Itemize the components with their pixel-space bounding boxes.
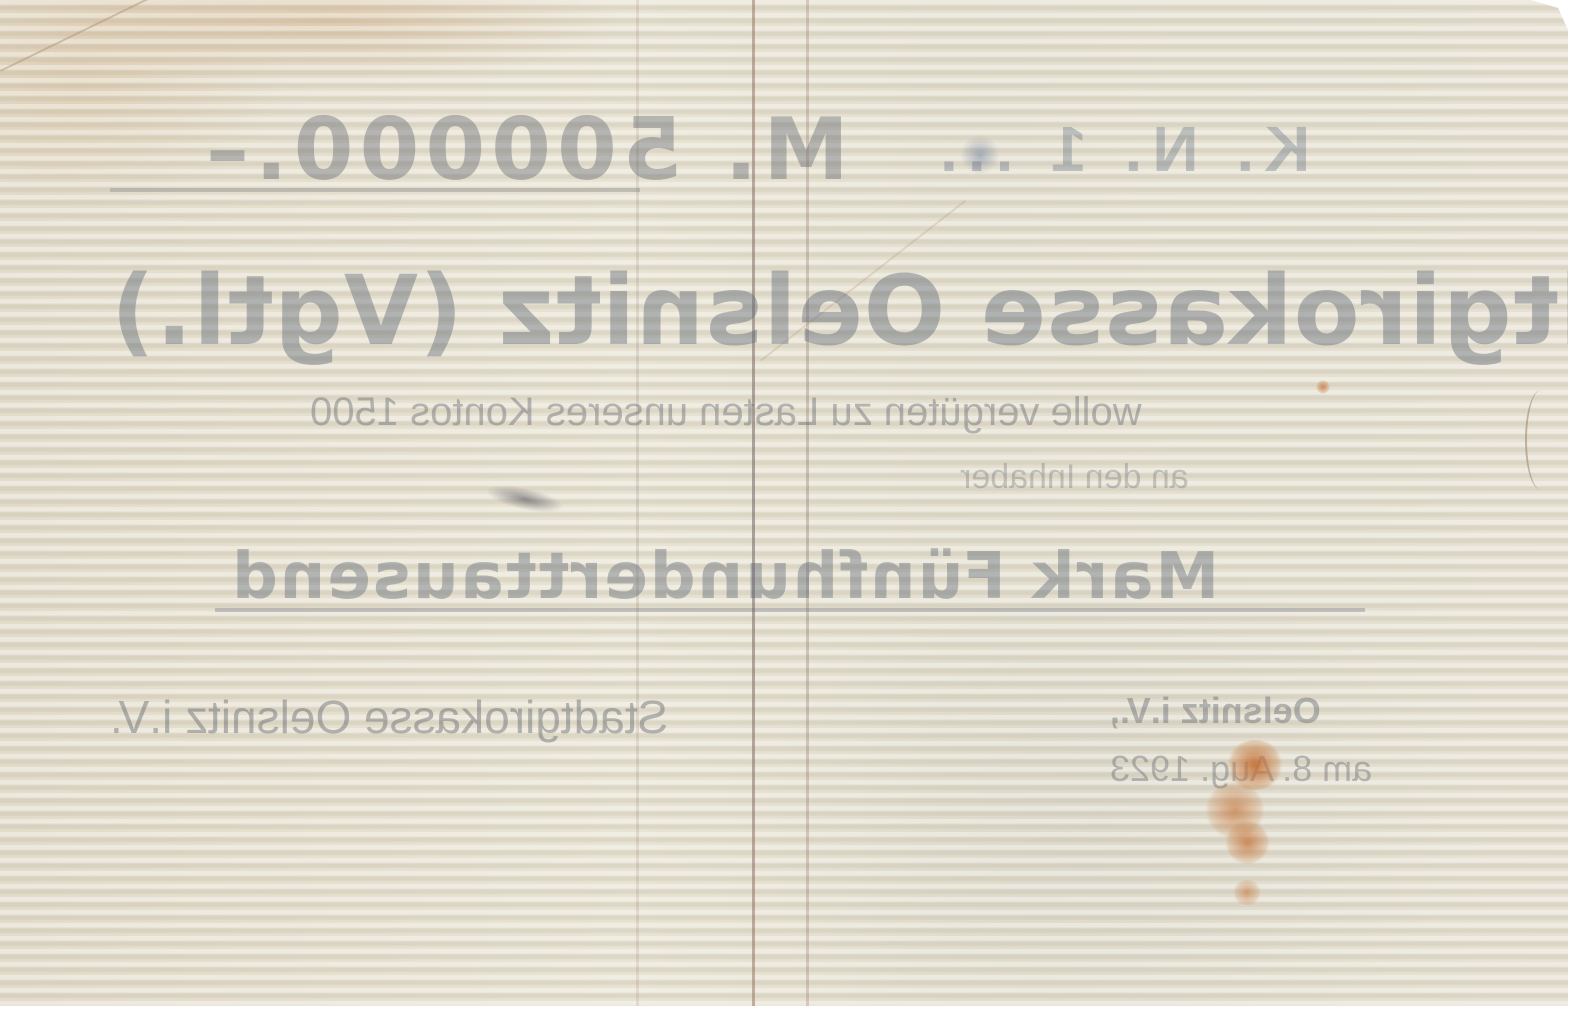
edge-tear	[1525, 390, 1557, 490]
rust-stain	[1232, 880, 1262, 905]
issuer-text: Stadtgirokasse Oelsnitz i.V.	[110, 690, 668, 744]
banknote-paper: M. 500000.– K. N. 1 ... Die Stadtgirokas…	[0, 0, 1568, 1006]
amount-words: Mark Fünfhunderttausend	[230, 540, 1219, 614]
serial-text: K. N. 1 ...	[930, 112, 1310, 186]
headline-text: Die Stadtgirokasse Oelsnitz (Vgtl.)	[110, 255, 1594, 367]
ink-smudge	[484, 480, 567, 518]
amount-words-underline	[215, 608, 1365, 612]
amount-text: M. 500000.–	[200, 100, 849, 200]
corner-crease	[0, 0, 208, 72]
instruction-line: wolle vergüten zu Lasten unseres Kontos …	[310, 390, 1142, 435]
amount-underline	[110, 188, 640, 192]
rust-stain	[1225, 820, 1270, 865]
rust-spot	[1316, 380, 1330, 394]
place-text: Oelsnitz i.V.,	[1110, 690, 1321, 732]
payee-line: an den Inhaber	[960, 458, 1189, 497]
